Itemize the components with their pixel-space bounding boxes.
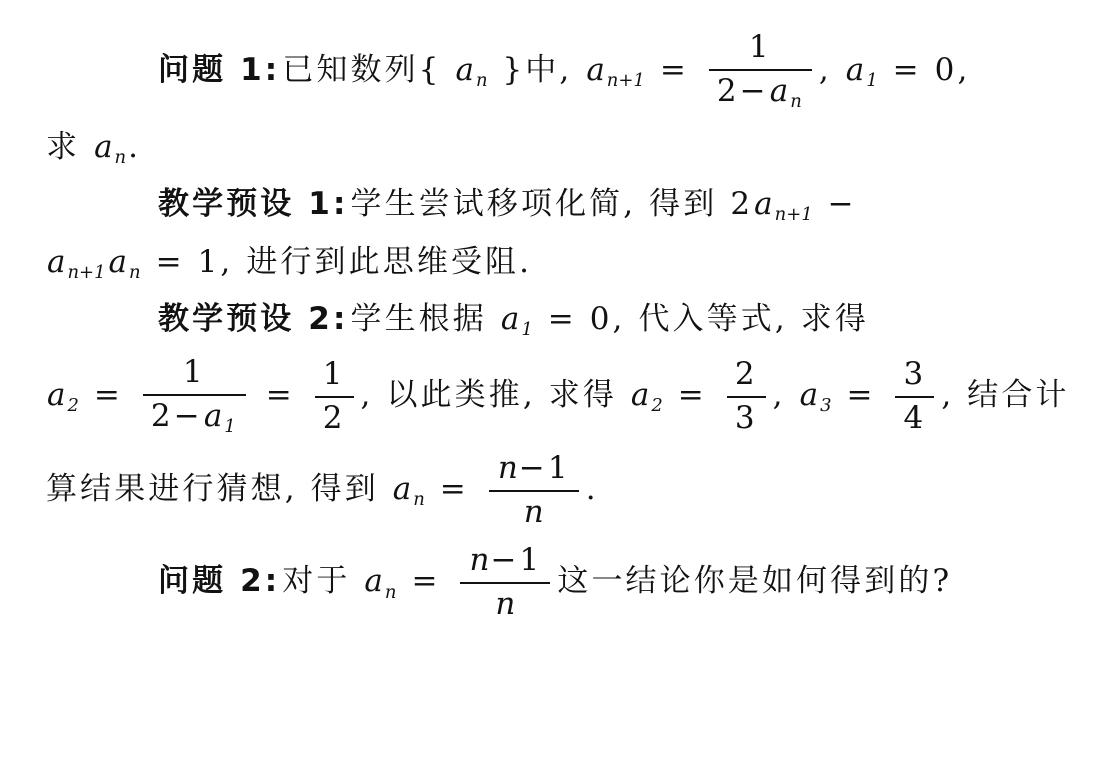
fraction-numerator: 1 (315, 357, 354, 398)
math-subscript: n (790, 91, 802, 112)
math-subscript: n (385, 582, 397, 603)
text-line: a2 = 12−a1 = 12, 以此类推, 求得 a2 = 23, a3 = … (46, 355, 1057, 438)
math-variable: a (204, 398, 222, 434)
math-variable: a (770, 73, 788, 109)
text-line: 问题 2:对于 an = n−1n这一结论你是如何得到的? (46, 543, 1057, 622)
text-line: 教学预设 1:学生尝试移项化简, 得到 2an+1 − (46, 183, 1057, 227)
text-line: 问题 1:已知数列{ an }中, an+1 = 12−an, a1 = 0, (46, 30, 1057, 113)
math-variable: n (524, 494, 544, 530)
fraction-denominator: 2 (315, 398, 354, 437)
math-subscript: 1 (224, 416, 235, 437)
text-run: 对于 (282, 563, 363, 599)
bold-label: 问题 2: (158, 563, 280, 599)
fraction-denominator: 2−a1 (143, 396, 246, 438)
math-subscript: 1 (521, 319, 532, 340)
text-run: = 0, 代入等式, 求得 (535, 301, 869, 337)
bold-label: 问题 1: (158, 52, 280, 88)
math-variable: a (586, 52, 604, 88)
text-run: , 以此类推, 求得 (361, 377, 630, 413)
math-variable: n (498, 450, 518, 486)
math-variable: n (495, 586, 515, 622)
document-page: 问题 1:已知数列{ an }中, an+1 = 12−an, a1 = 0,求… (0, 0, 1093, 776)
math-variable: a (501, 301, 519, 337)
fraction-denominator: 4 (895, 398, 934, 437)
text-block: 问题 1:已知数列{ an }中, an+1 = 12−an, a1 = 0,求… (46, 30, 1057, 623)
fraction: 23 (727, 357, 766, 436)
fraction: 12−an (709, 30, 812, 113)
text-run: . (586, 471, 599, 507)
text-run: 2 (323, 400, 346, 436)
text-run: , (773, 377, 799, 413)
text-run: = 1, 进行到此思维受阻. (143, 244, 532, 280)
math-subscript: 1 (866, 70, 877, 91)
math-subscript: n+1 (607, 70, 645, 91)
text-line: 求 an. (46, 126, 1057, 170)
fraction: 12 (315, 357, 354, 436)
math-subscript: n (115, 147, 127, 168)
text-run: , 结合计 (941, 377, 1069, 413)
bold-label: 教学预设 2: (158, 301, 348, 337)
text-run: 这一结论你是如何得到的? (557, 563, 952, 599)
math-variable: a (393, 471, 411, 507)
fraction: n−1n (460, 543, 550, 622)
text-run: −1 (490, 542, 542, 578)
text-run: = (398, 563, 453, 599)
math-subscript: 2 (67, 395, 78, 416)
text-run: = (253, 377, 308, 413)
text-run: 学生尝试移项化简, 得到 2 (350, 186, 753, 222)
bold-label: 教学预设 1: (158, 186, 348, 222)
math-variable: a (631, 377, 649, 413)
text-run: 2 (735, 356, 758, 392)
fraction: 34 (895, 357, 934, 436)
fraction-numerator: 2 (727, 357, 766, 398)
text-run: = (647, 52, 702, 88)
text-run: 学生根据 (350, 301, 499, 337)
text-run: , (819, 52, 845, 88)
math-subscript: n+1 (775, 204, 813, 225)
text-line: an+1an = 1, 进行到此思维受阻. (46, 241, 1057, 285)
fraction-denominator: 2−an (709, 71, 812, 113)
math-subscript: n+1 (67, 262, 105, 283)
text-run: = 0, (880, 52, 971, 88)
text-run: { (419, 52, 455, 88)
text-run: 1 (323, 356, 346, 392)
fraction-numerator: 1 (143, 355, 246, 396)
text-run: −1 (519, 450, 571, 486)
text-run: }中, (490, 52, 586, 88)
text-run: − (815, 186, 857, 222)
math-subscript: n (476, 70, 488, 91)
text-run: = (427, 471, 482, 507)
math-variable: a (364, 563, 382, 599)
math-subscript: 3 (820, 395, 831, 416)
text-run: 已知数列 (282, 52, 418, 88)
math-variable: a (455, 52, 473, 88)
math-variable: a (800, 377, 818, 413)
fraction: 12−a1 (143, 355, 246, 438)
math-subscript: n (129, 262, 141, 283)
fraction-numerator: n−1 (489, 451, 579, 492)
text-run: . (128, 129, 141, 165)
math-subscript: n (413, 489, 425, 510)
math-variable: a (754, 186, 772, 222)
fraction-numerator: n−1 (460, 543, 550, 584)
math-variable: n (469, 542, 489, 578)
text-run: 算结果进行猜想, 得到 (46, 471, 392, 507)
text-run: 3 (903, 356, 926, 392)
math-variable: a (109, 244, 127, 280)
text-run: 1 (183, 354, 206, 390)
text-run: 2− (151, 398, 203, 434)
fraction: n−1n (489, 451, 579, 530)
fraction-numerator: 1 (709, 30, 812, 71)
text-run: = (834, 377, 889, 413)
math-subscript: 2 (651, 395, 662, 416)
text-run: = (665, 377, 720, 413)
fraction-numerator: 3 (895, 357, 934, 398)
fraction-denominator: n (489, 492, 579, 531)
math-variable: a (94, 129, 112, 165)
text-run: 1 (749, 29, 772, 65)
text-run: 4 (903, 400, 926, 436)
fraction-denominator: n (460, 584, 550, 623)
text-run: 2− (717, 73, 769, 109)
math-variable: a (846, 52, 864, 88)
text-line: 算结果进行猜想, 得到 an = n−1n. (46, 451, 1057, 530)
math-variable: a (47, 377, 65, 413)
text-run: 求 (46, 129, 93, 165)
math-variable: a (47, 244, 65, 280)
fraction-denominator: 3 (727, 398, 766, 437)
text-run: = (81, 377, 136, 413)
text-run: 3 (735, 400, 758, 436)
text-line: 教学预设 2:学生根据 a1 = 0, 代入等式, 求得 (46, 298, 1057, 342)
